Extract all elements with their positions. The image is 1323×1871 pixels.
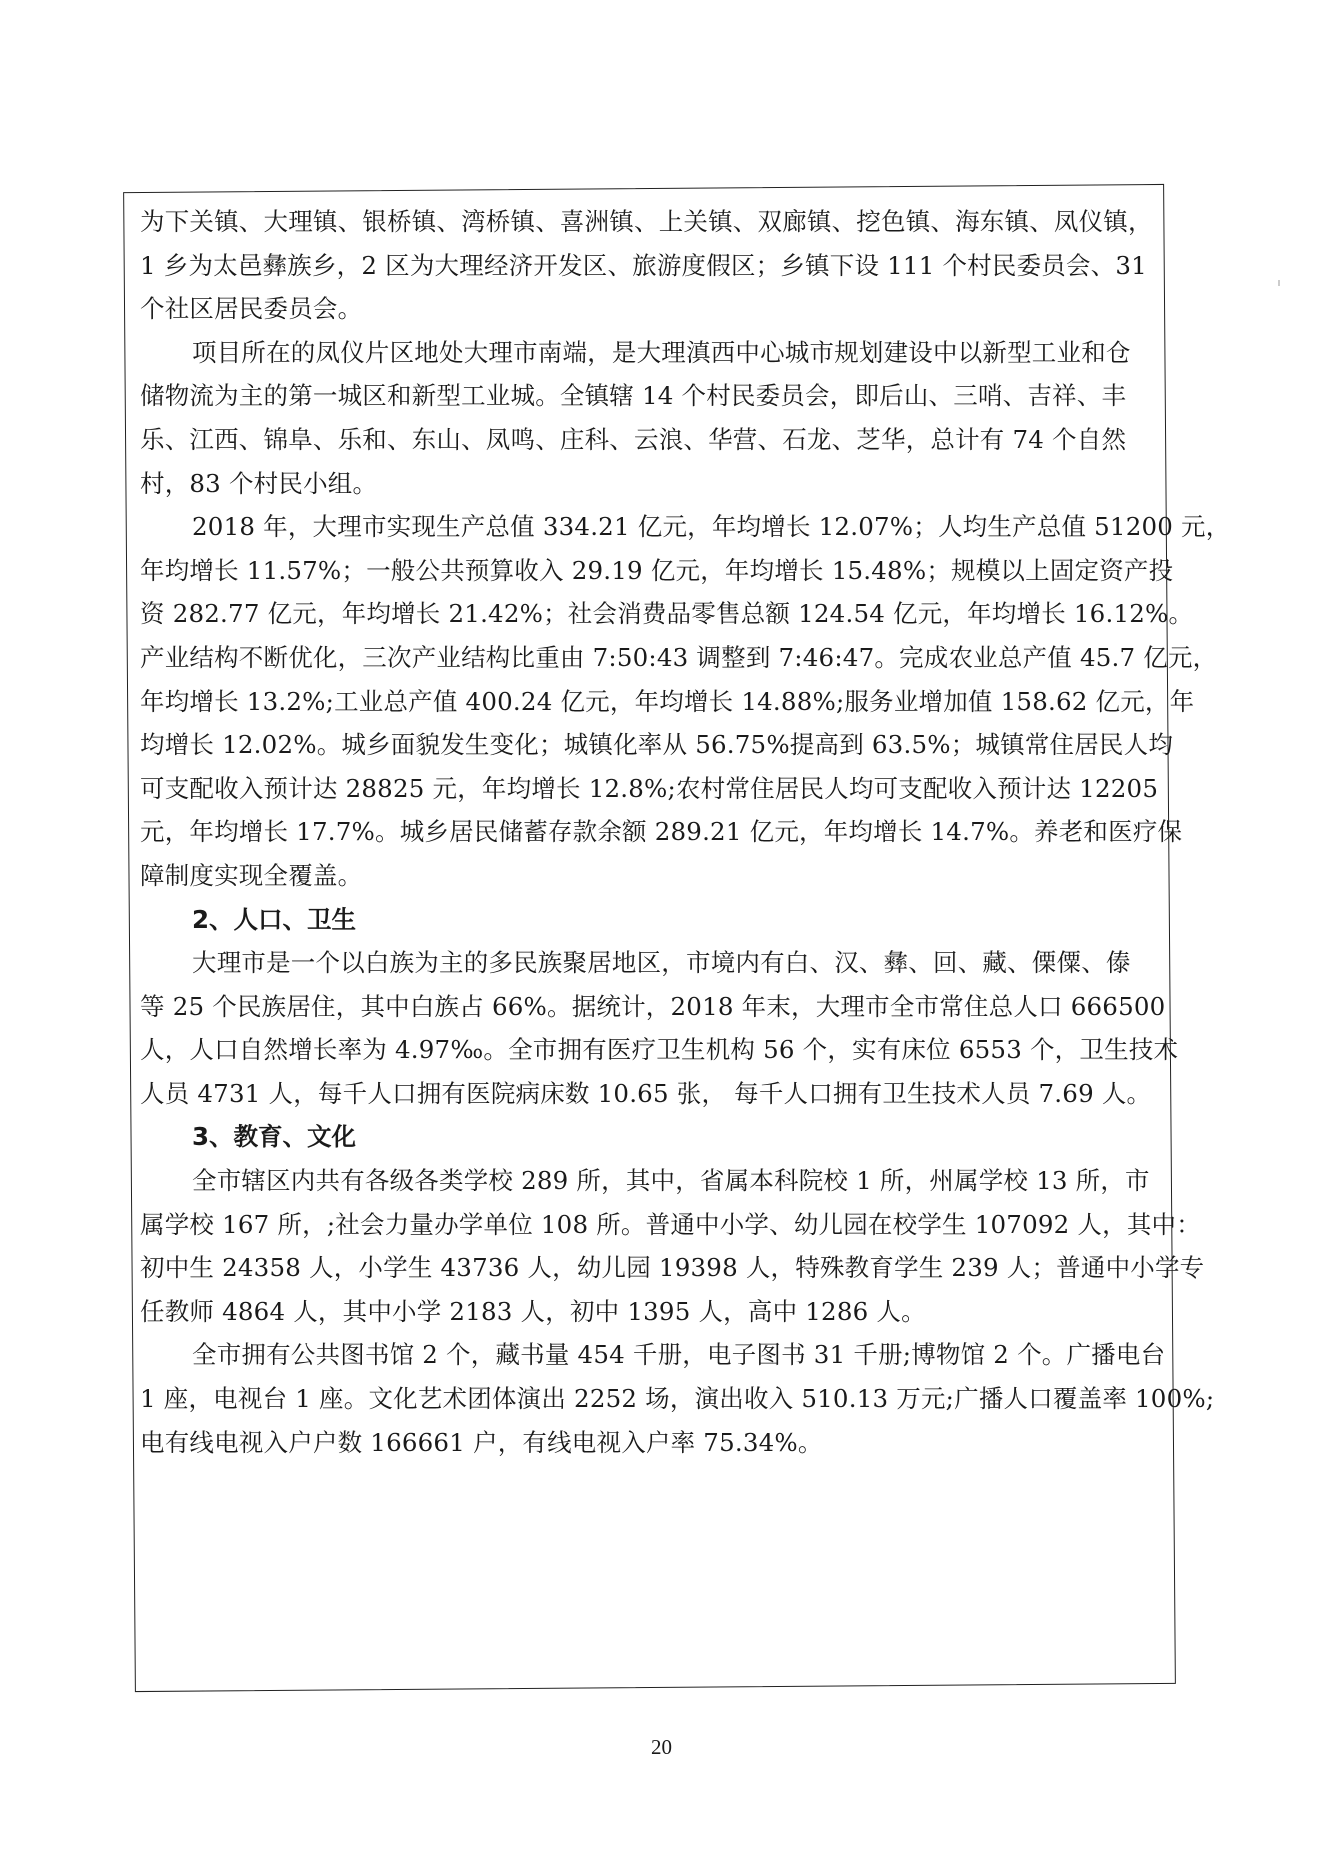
text-line: 个社区居民委员会。	[140, 287, 1160, 331]
paragraph-fengyi-area: 项目所在的凤仪片区地处大理市南端，是大理滇西中心城市规划建设中以新型工业和仓 储…	[140, 331, 1160, 505]
text-line: 产业结构不断优化，三次产业结构比重由 7:50:43 调整到 7:46:47。完…	[140, 636, 1160, 680]
text-line: 任教师 4864 人，其中小学 2183 人，初中 1395 人，高中 1286…	[140, 1290, 1160, 1334]
text-line: 元，年均增长 17.7%。城乡居民储蓄存款余额 289.21 亿元，年均增长 1…	[140, 810, 1160, 854]
scan-artifact-mark	[1278, 280, 1280, 286]
text-line: 为下关镇、大理镇、银桥镇、湾桥镇、喜洲镇、上关镇、双廊镇、挖色镇、海东镇、凤仪镇…	[140, 200, 1160, 244]
section-heading-education-culture: 3、教育、文化	[140, 1115, 1160, 1159]
text-line: 属学校 167 所，;社会力量办学单位 108 所。普通中小学、幼儿园在校学生 …	[140, 1203, 1160, 1247]
text-line: 初中生 24358 人，小学生 43736 人，幼儿园 19398 人，特殊教育…	[140, 1246, 1160, 1290]
text-line: 人，人口自然增长率为 4.97‰。全市拥有医疗卫生机构 56 个，实有床位 65…	[140, 1028, 1160, 1072]
text-line: 乐、江西、锦阜、乐和、东山、凤鸣、庄科、云浪、华营、石龙、芝华，总计有 74 个…	[140, 418, 1160, 462]
text-line: 均增长 12.02%。城乡面貌发生变化；城镇化率从 56.75%提高到 63.5…	[140, 723, 1160, 767]
section-heading-population-health: 2、人口、卫生	[140, 898, 1160, 942]
text-line: 大理市是一个以白族为主的多民族聚居地区，市境内有白、汉、彝、回、藏、傈僳、傣	[140, 941, 1160, 985]
document-page: 为下关镇、大理镇、银桥镇、湾桥镇、喜洲镇、上关镇、双廊镇、挖色镇、海东镇、凤仪镇…	[0, 0, 1323, 1871]
text-line: 全市拥有公共图书馆 2 个，藏书量 454 千册，电子图书 31 千册;博物馆 …	[140, 1333, 1160, 1377]
text-line: 储物流为主的第一城区和新型工业城。全镇辖 14 个村民委员会，即后山、三哨、吉祥…	[140, 374, 1160, 418]
text-line: 1 座，电视台 1 座。文化艺术团体演出 2252 场，演出收入 510.13 …	[140, 1377, 1160, 1421]
text-line: 障制度实现全覆盖。	[140, 854, 1160, 898]
text-line: 可支配收入预计达 28825 元，年均增长 12.8%;农村常住居民人均可支配收…	[140, 767, 1160, 811]
text-line: 2018 年，大理市实现生产总值 334.21 亿元，年均增长 12.07%；人…	[140, 505, 1160, 549]
text-line: 人员 4731 人，每千人口拥有医院病床数 10.65 张， 每千人口拥有卫生技…	[140, 1072, 1160, 1116]
text-line: 村，83 个村民小组。	[140, 462, 1160, 506]
document-body: 为下关镇、大理镇、银桥镇、湾桥镇、喜洲镇、上关镇、双廊镇、挖色镇、海东镇、凤仪镇…	[140, 200, 1160, 1464]
text-line: 全市辖区内共有各级各类学校 289 所，其中，省属本科院校 1 所，州属学校 1…	[140, 1159, 1160, 1203]
paragraph-economy-2018: 2018 年，大理市实现生产总值 334.21 亿元，年均增长 12.07%；人…	[140, 505, 1160, 897]
text-line: 1 乡为太邑彝族乡，2 区为大理经济开发区、旅游度假区；乡镇下设 111 个村民…	[140, 244, 1160, 288]
paragraph-education: 全市辖区内共有各级各类学校 289 所，其中，省属本科院校 1 所，州属学校 1…	[140, 1159, 1160, 1333]
text-line: 年均增长 13.2%;工业总产值 400.24 亿元，年均增长 14.88%;服…	[140, 680, 1160, 724]
page-number: 20	[0, 1735, 1323, 1760]
text-line: 资 282.77 亿元，年均增长 21.42%；社会消费品零售总额 124.54…	[140, 592, 1160, 636]
paragraph-admin-divisions: 为下关镇、大理镇、银桥镇、湾桥镇、喜洲镇、上关镇、双廊镇、挖色镇、海东镇、凤仪镇…	[140, 200, 1160, 331]
paragraph-culture: 全市拥有公共图书馆 2 个，藏书量 454 千册，电子图书 31 千册;博物馆 …	[140, 1333, 1160, 1464]
text-line: 电有线电视入户户数 166661 户，有线电视入户率 75.34%。	[140, 1421, 1160, 1465]
text-line: 等 25 个民族居住，其中白族占 66%。据统计，2018 年末，大理市全市常住…	[140, 985, 1160, 1029]
paragraph-population-health: 大理市是一个以白族为主的多民族聚居地区，市境内有白、汉、彝、回、藏、傈僳、傣 等…	[140, 941, 1160, 1115]
text-line: 年均增长 11.57%；一般公共预算收入 29.19 亿元，年均增长 15.48…	[140, 549, 1160, 593]
text-line: 项目所在的凤仪片区地处大理市南端，是大理滇西中心城市规划建设中以新型工业和仓	[140, 331, 1160, 375]
